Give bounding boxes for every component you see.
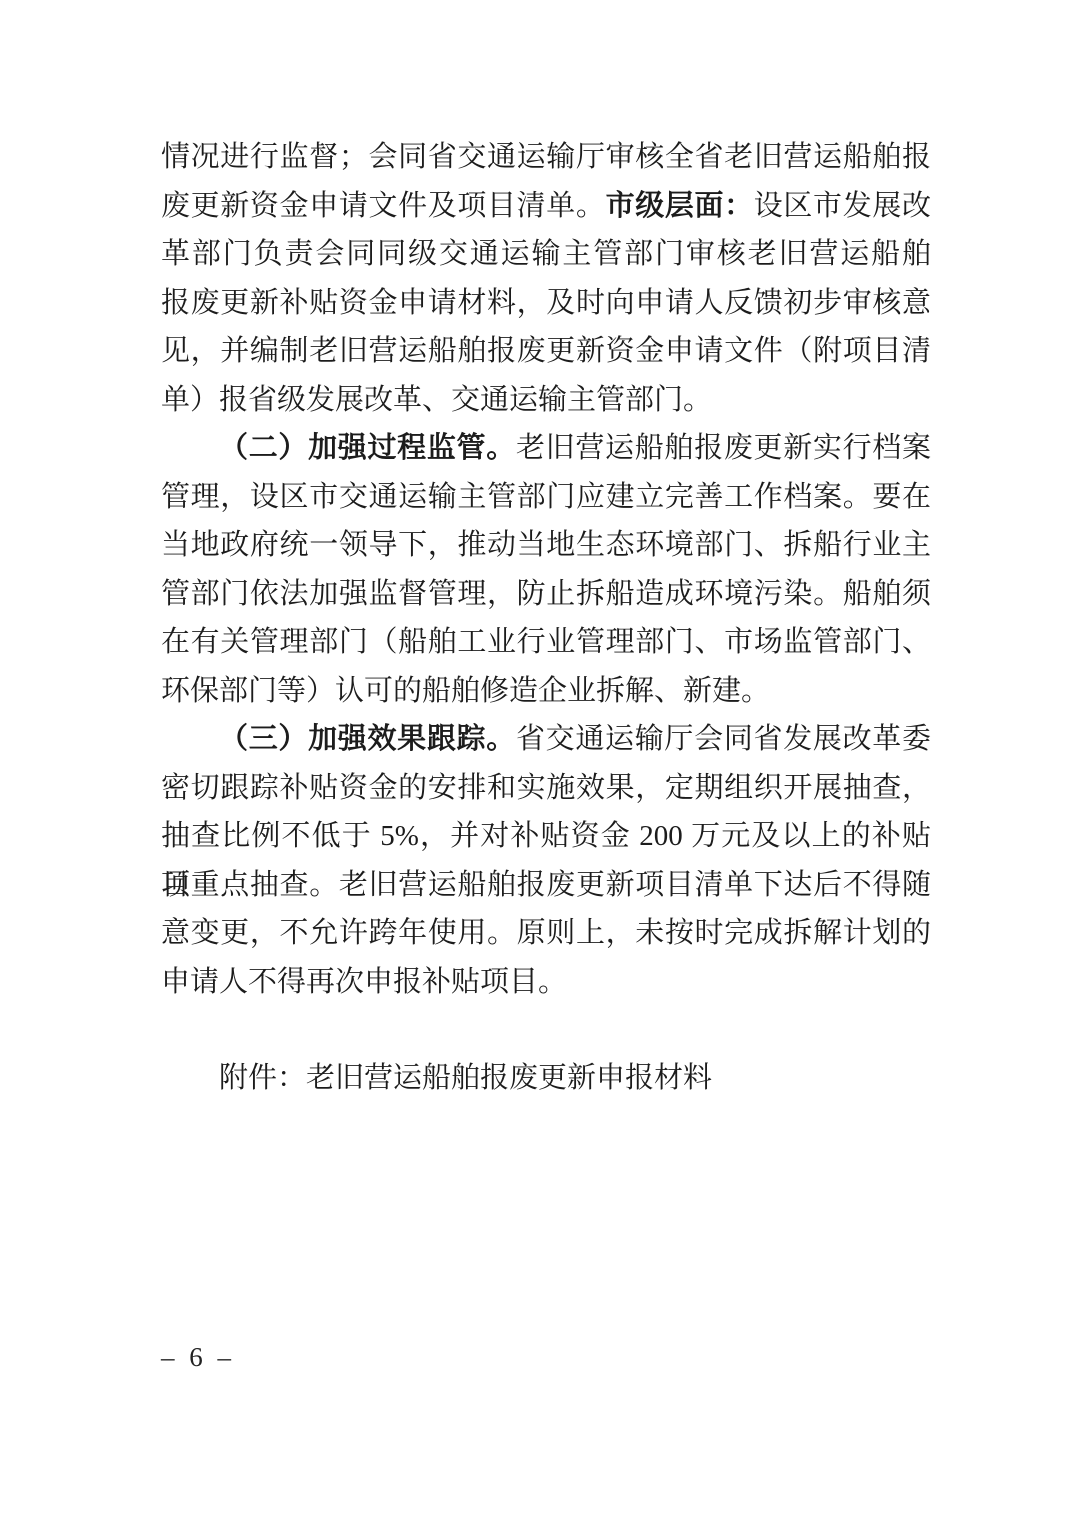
text-segment: 废更新资金申请文件及项目清单。 [161,190,606,222]
text-segment: 在有关管理部门（船舶工业行业管理部门、市场监管部门、 [161,626,931,658]
bold-text-segment: （三）加强效果跟踪。 [219,723,516,755]
text-line: （二）加强过程监管。老旧营运船舶报废更新实行档案 [161,424,931,473]
text-line: 抽查比例不低于 5%，并对补贴资金 200 万元及以上的补贴项 [161,812,931,861]
document-page: 情况进行监督；会同省交通运输厅审核全省老旧营运船舶报废更新资金申请文件及项目清单… [0,0,1074,1520]
text-segment: 单）报省级发展改革、交通运输主管部门。 [161,384,712,416]
text-line: 环保部门等）认可的船舶修造企业拆解、新建。 [161,667,931,716]
text-segment: 目重点抽查。老旧营运船舶报废更新项目清单下达后不得随 [161,869,931,901]
text-segment: 管理，设区市交通运输主管部门应建立完善工作档案。要在 [161,481,931,513]
text-line: 申请人不得再次申报补贴项目。 [161,958,931,1007]
text-line: 单）报省级发展改革、交通运输主管部门。 [161,376,931,425]
bold-text-segment: 市级层面： [606,190,754,222]
text-segment: 管部门依法加强监督管理，防止拆船造成环境污染。船舶须 [161,578,931,610]
text-segment: 意变更，不允许跨年使用。原则上，未按时完成拆解计划的 [161,917,931,949]
page-number: – 6 – [161,1342,232,1372]
text-line: 见，并编制老旧营运船舶报废更新资金申请文件（附项目清 [161,327,931,376]
paragraph: （三）加强效果跟踪。省交通运输厅会同省发展改革委密切跟踪补贴资金的安排和实施效果… [161,715,931,1006]
text-segment: 环保部门等）认可的船舶修造企业拆解、新建。 [161,675,770,707]
text-segment: 革部门负责会同同级交通运输主管部门审核老旧营运船舶 [161,238,931,270]
paragraph: （二）加强过程监管。老旧营运船舶报废更新实行档案管理，设区市交通运输主管部门应建… [161,424,931,715]
text-segment: 省交通运输厅会同省发展改革委 [516,723,931,755]
text-segment: 情况进行监督；会同省交通运输厅审核全省老旧营运船舶报 [161,141,931,173]
text-segment: 当地政府统一领导下，推动当地生态环境部门、拆船行业主 [161,529,931,561]
text-line: 情况进行监督；会同省交通运输厅审核全省老旧营运船舶报 [161,133,931,182]
page-footer: – 6 – [161,1338,232,1376]
text-segment: 密切跟踪补贴资金的安排和实施效果，定期组织开展抽查， [161,772,931,804]
text-line: （三）加强效果跟踪。省交通运输厅会同省发展改革委 [161,715,931,764]
bold-text-segment: （二）加强过程监管。 [219,432,516,464]
text-line: 在有关管理部门（船舶工业行业管理部门、市场监管部门、 [161,618,931,667]
paragraph: 情况进行监督；会同省交通运输厅审核全省老旧营运船舶报废更新资金申请文件及项目清单… [161,133,931,424]
text-segment: 申请人不得再次申报补贴项目。 [161,966,567,998]
text-line: 报废更新补贴资金申请材料，及时向申请人反馈初步审核意 [161,279,931,328]
attachment-text: 附件：老旧营运船舶报废更新申报材料 [219,1062,712,1094]
attachment-line: 附件：老旧营运船舶报废更新申报材料 [161,1054,931,1103]
text-line: 废更新资金申请文件及项目清单。市级层面：设区市发展改 [161,182,931,231]
text-line: 意变更，不允许跨年使用。原则上，未按时完成拆解计划的 [161,909,931,958]
text-line: 管部门依法加强监督管理，防止拆船造成环境污染。船舶须 [161,570,931,619]
text-line: 革部门负责会同同级交通运输主管部门审核老旧营运船舶 [161,230,931,279]
text-line: 目重点抽查。老旧营运船舶报废更新项目清单下达后不得随 [161,861,931,910]
text-segment: 设区市发展改 [754,190,931,222]
document-body: 情况进行监督；会同省交通运输厅审核全省老旧营运船舶报废更新资金申请文件及项目清单… [161,133,931,1006]
text-line: 管理，设区市交通运输主管部门应建立完善工作档案。要在 [161,473,931,522]
text-segment: 见，并编制老旧营运船舶报废更新资金申请文件（附项目清 [161,335,931,367]
text-line: 当地政府统一领导下，推动当地生态环境部门、拆船行业主 [161,521,931,570]
text-line: 密切跟踪补贴资金的安排和实施效果，定期组织开展抽查， [161,764,931,813]
text-segment: 报废更新补贴资金申请材料，及时向申请人反馈初步审核意 [161,287,931,319]
text-segment: 老旧营运船舶报废更新实行档案 [516,432,931,464]
